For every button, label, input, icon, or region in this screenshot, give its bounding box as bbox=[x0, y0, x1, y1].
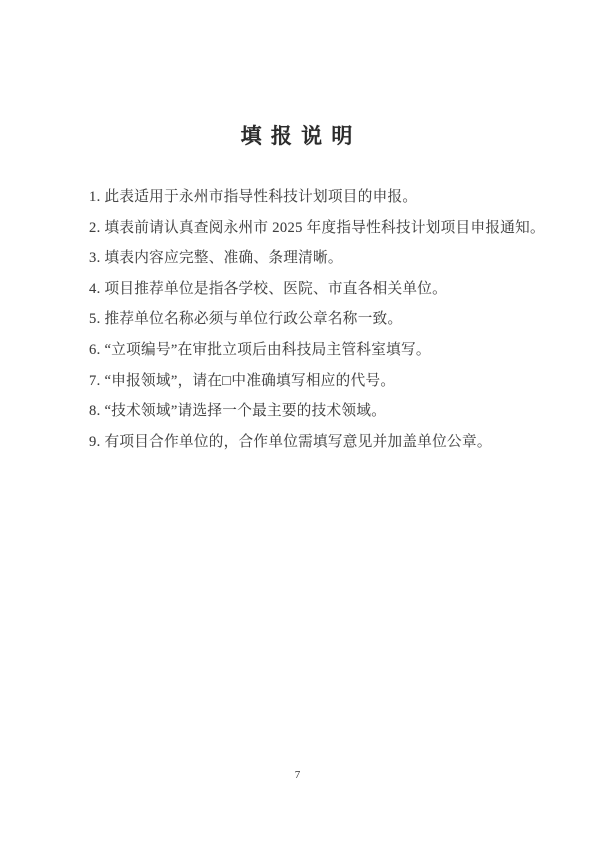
instruction-list: 1. 此表适用于永州市指导性科技计划项目的申报。 2. 填表前请认真查阅永州市 … bbox=[89, 182, 565, 457]
instruction-item-5: 5. 推荐单位名称必须与单位行政公章名称一致。 bbox=[89, 304, 565, 335]
page-number: 7 bbox=[0, 769, 595, 781]
document-page: 填 报 说 明 1. 此表适用于永州市指导性科技计划项目的申报。 2. 填表前请… bbox=[0, 0, 595, 841]
instruction-item-4: 4. 项目推荐单位是指各学校、医院、市直各相关单位。 bbox=[89, 274, 565, 305]
instruction-item-7: 7. “申报领域”，请在□中准确填写相应的代号。 bbox=[89, 366, 565, 397]
page-title: 填 报 说 明 bbox=[0, 120, 595, 150]
instruction-item-8: 8. “技术领域”请选择一个最主要的技术领域。 bbox=[89, 396, 565, 427]
instruction-item-1: 1. 此表适用于永州市指导性科技计划项目的申报。 bbox=[89, 182, 565, 213]
instruction-item-3: 3. 填表内容应完整、准确、条理清晰。 bbox=[89, 243, 565, 274]
instruction-item-9: 9. 有项目合作单位的，合作单位需填写意见并加盖单位公章。 bbox=[89, 427, 565, 458]
instruction-item-2: 2. 填表前请认真查阅永州市 2025 年度指导性科技计划项目申报通知。 bbox=[89, 213, 565, 244]
instruction-item-6: 6. “立项编号”在审批立项后由科技局主管科室填写。 bbox=[89, 335, 565, 366]
